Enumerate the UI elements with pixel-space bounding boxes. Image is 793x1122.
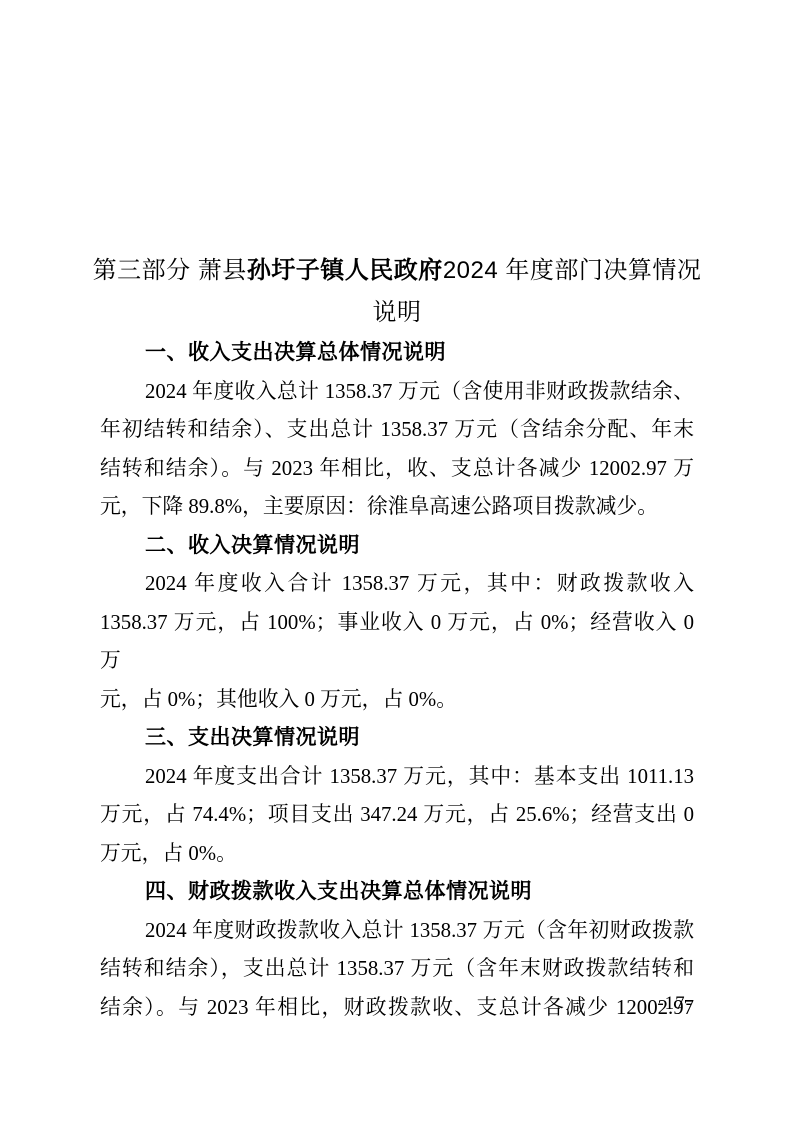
body-line: 结转和结余），支出总计 1358.37 万元（含年末财政拨款结转和 [100,950,694,989]
body-line: 元，占 0%；其他收入 0 万元，占 0%。 [100,681,694,720]
body-line: 万元，占 74.4%；项目支出 347.24 万元，占 25.6%；经营支出 0 [100,796,694,835]
document-page: 第三部分 萧县孙圩子镇人民政府 2024 年度部门决算情况 说明 一、收入支出决… [0,0,793,1122]
title-org-name: 孙圩子镇人民政府 [247,250,443,292]
title-suffix: 2024 年度部门决算情况 [443,250,702,292]
section-heading-4: 四、财政拨款收入支出决算总体情况说明 [100,873,694,912]
document-title-line1: 第三部分 萧县孙圩子镇人民政府 2024 年度部门决算情况 [100,250,694,292]
body-line: 结转和结余）。与 2023 年相比，收、支总计各减少 12002.97 万 [100,450,694,489]
document-title-line2: 说明 [100,292,694,334]
section-heading-2: 二、收入决算情况说明 [100,527,694,566]
section-heading-1: 一、收入支出决算总体情况说明 [100,334,694,373]
body-line: 2024 年度收入总计 1358.37 万元（含使用非财政拨款结余、 [100,373,694,412]
page-number: -17- [657,992,693,1016]
title-part-prefix: 第三部分 萧县 [93,250,247,292]
body-line: 2024 年度收入合计 1358.37 万元，其中：财政拨款收入 [100,565,694,604]
body-line: 2024 年度财政拨款收入总计 1358.37 万元（含年初财政拨款 [100,912,694,951]
body-line: 年初结转和结余）、支出总计 1358.37 万元（含结余分配、年末 [100,411,694,450]
body-line: 元，下降 89.8%，主要原因：徐淮阜高速公路项目拨款减少。 [100,488,694,527]
section-heading-3: 三、支出决算情况说明 [100,719,694,758]
body-line: 结余）。与 2023 年相比，财政拨款收、支总计各减少 12002.97 [100,989,694,1028]
body-line: 2024 年度支出合计 1358.37 万元，其中：基本支出 1011.13 [100,758,694,797]
body-line: 万元，占 0%。 [100,835,694,874]
body-line: 1358.37 万元，占 100%；事业收入 0 万元，占 0%；经营收入 0 … [100,604,694,681]
page-content: 第三部分 萧县孙圩子镇人民政府 2024 年度部门决算情况 说明 一、收入支出决… [100,250,694,1027]
